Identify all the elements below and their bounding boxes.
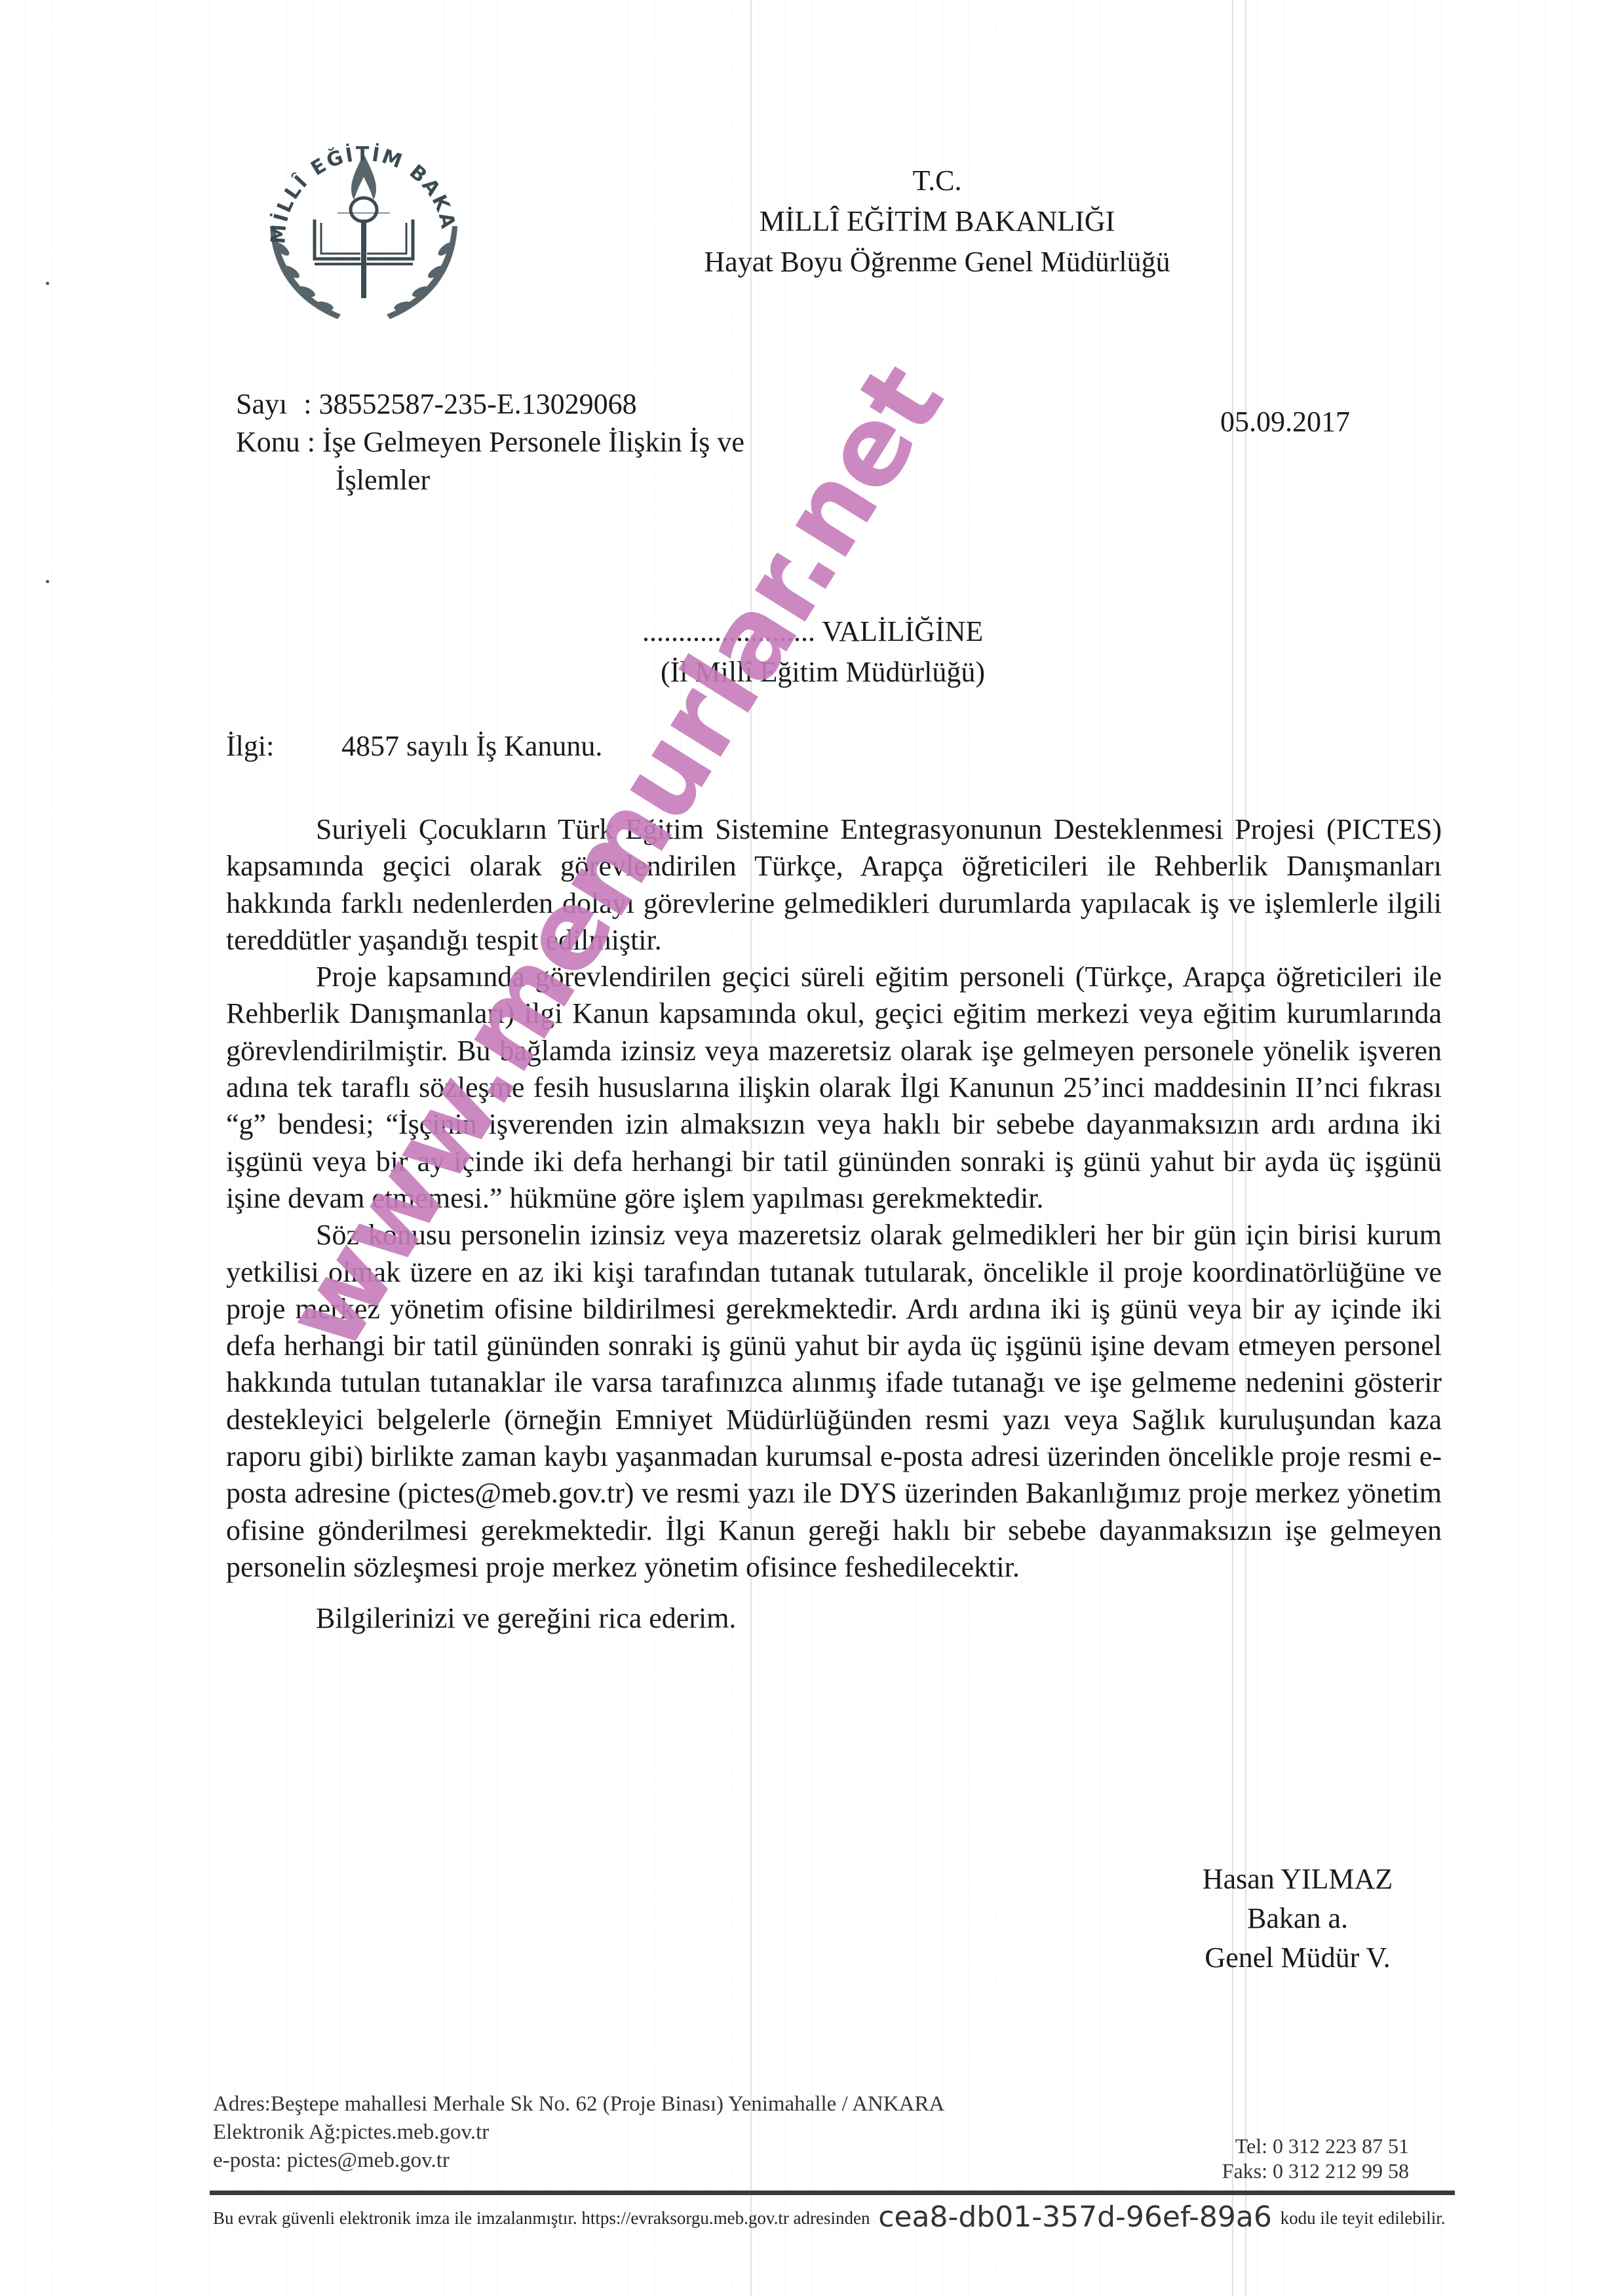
sayi-value: : 38552587-235-E.13029068 (303, 388, 636, 420)
reference: İlgi: 4857 sayılı İş Kanunu. (226, 729, 602, 763)
sayi-label: Sayı (236, 388, 287, 420)
addressee-line2: (İl Millî Eğitim Müdürlüğü) (642, 652, 985, 693)
addressee-line1: ........................ VALİLİĞİNE (642, 611, 985, 652)
konu-row: Konu : İşe Gelmeyen Personele İlişkin İş… (236, 423, 744, 461)
footer-address: Adres:Beştepe mahallesi Merhale Sk No. 6… (213, 2090, 944, 2118)
konu-value-cont: İşlemler (336, 461, 430, 499)
letterhead: T.C. MİLLÎ EĞİTİM BAKANLIĞI Hayat Boyu Ö… (577, 161, 1298, 282)
verify-suffix: kodu ile teyit edilebilir. (1281, 2208, 1446, 2228)
konu-value: : İşe Gelmeyen Personele İlişkin İş ve (307, 426, 744, 458)
header-ministry: MİLLÎ EĞİTİM BAKANLIĞI (577, 201, 1298, 242)
footer-phone: Tel: 0 312 223 87 51 Faks: 0 312 212 99 … (1193, 2133, 1409, 2183)
footer-tel: Tel: 0 312 223 87 51 (1193, 2133, 1409, 2158)
scan-speck (46, 282, 49, 285)
ministry-emblem-icon: T.C. MİLLÎ EĞİTİM BAKANLIĞI (256, 128, 472, 344)
footer-divider (210, 2191, 1455, 2195)
document-date: 05.09.2017 (1220, 405, 1350, 438)
reference-label: İlgi: (226, 729, 334, 763)
body-paragraph: Suriyeli Çocukların Türk Eğitim Sistemin… (226, 811, 1442, 959)
verify-prefix: Bu evrak güvenli elektronik imza ile imz… (213, 2208, 870, 2228)
header-directorate: Hayat Boyu Öğrenme Genel Müdürlüğü (577, 242, 1298, 282)
signatory-title: Bakan a. (1173, 1899, 1422, 1938)
body-paragraph: Söz konusu personelin izinsiz veya mazer… (226, 1217, 1442, 1586)
closing-line: Bilgilerinizi ve gereğini rica ederim. (226, 1600, 1442, 1637)
konu-label: Konu (236, 426, 300, 458)
verify-code: cea8-db01-357d-96ef-89a6 (878, 2200, 1272, 2234)
footer-fax: Faks: 0 312 212 99 58 (1193, 2158, 1409, 2183)
signatory-role: Genel Müdür V. (1173, 1938, 1422, 1978)
footer-web-link[interactable]: Elektronik Ağ:pictes.meb.gov.tr (213, 2118, 944, 2147)
addressee: ........................ VALİLİĞİNE (İl … (642, 611, 985, 693)
scan-speck (46, 580, 49, 583)
header-tc: T.C. (577, 161, 1298, 201)
signatory-name: Hasan YILMAZ (1173, 1860, 1422, 1899)
verification-note: Bu evrak güvenli elektronik imza ile imz… (213, 2200, 1446, 2234)
signature-block: Hasan YILMAZ Bakan a. Genel Müdür V. (1173, 1860, 1422, 1978)
footer-email-link[interactable]: e-posta: pictes@meb.gov.tr (213, 2147, 944, 2175)
footer-contact: Adres:Beştepe mahallesi Merhale Sk No. 6… (213, 2090, 944, 2175)
reference-value: 4857 sayılı İş Kanunu. (341, 730, 602, 762)
letter-body: Suriyeli Çocukların Türk Eğitim Sistemin… (226, 811, 1442, 1637)
body-paragraph: Proje kapsamında görevlendirilen geçici … (226, 959, 1442, 1217)
sayi-row: Sayı : 38552587-235-E.13029068 (236, 385, 637, 423)
